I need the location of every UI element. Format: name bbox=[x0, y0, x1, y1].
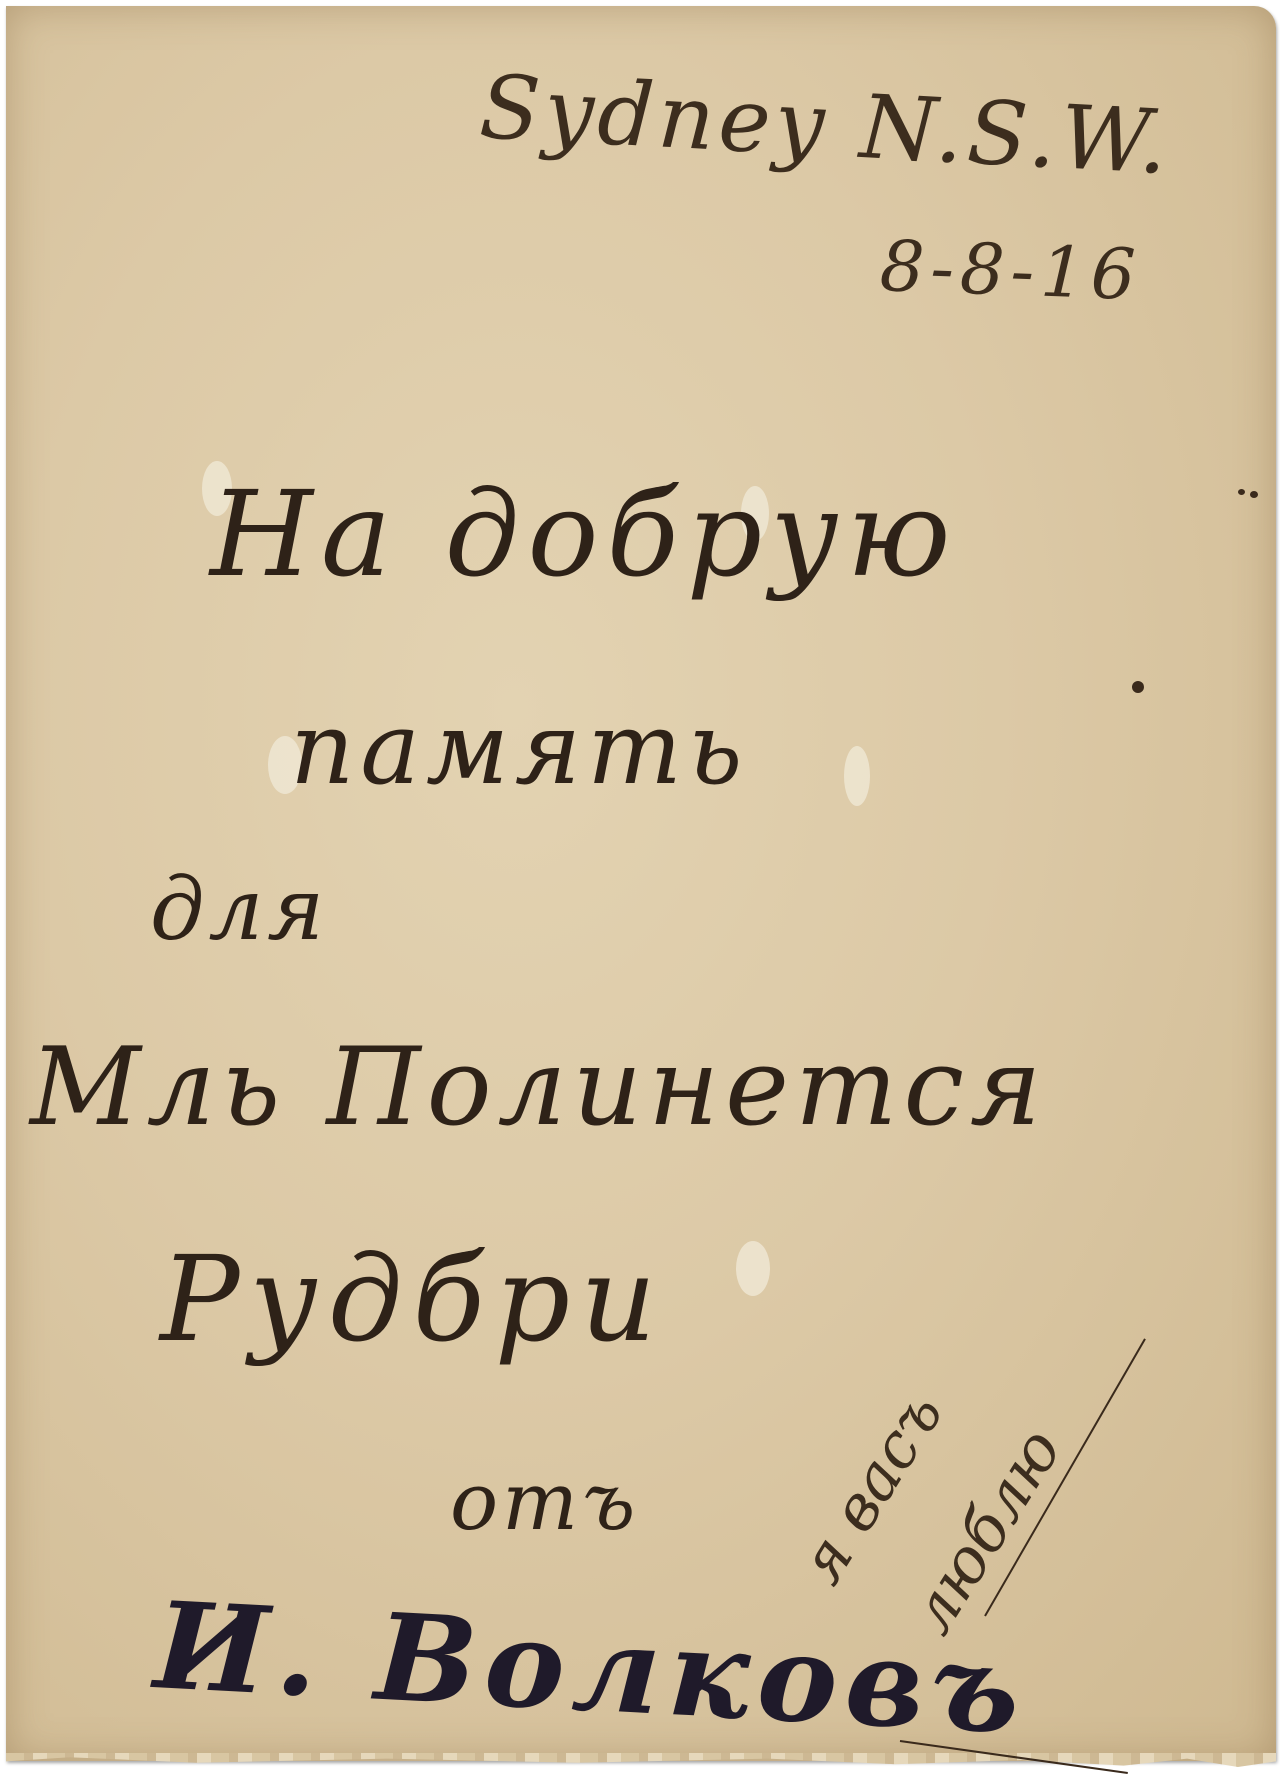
line-na-dobruyu: На добрую bbox=[210, 465, 958, 603]
line-recipient-name: Mль Полинется bbox=[30, 1025, 1047, 1150]
line-recipient-surname: Рудбри bbox=[160, 1230, 666, 1368]
line-pamyat: память bbox=[290, 690, 748, 807]
date-text: 8-8-16 bbox=[879, 225, 1143, 316]
line-ot: отъ bbox=[450, 1455, 639, 1548]
paper-wear-spot bbox=[844, 746, 870, 806]
ink-spot bbox=[1132, 681, 1144, 693]
paper-wear-spot bbox=[736, 1241, 770, 1296]
line-dlya: для bbox=[150, 860, 328, 960]
ink-spot bbox=[1250, 491, 1258, 498]
ink-spot bbox=[1238, 489, 1245, 495]
